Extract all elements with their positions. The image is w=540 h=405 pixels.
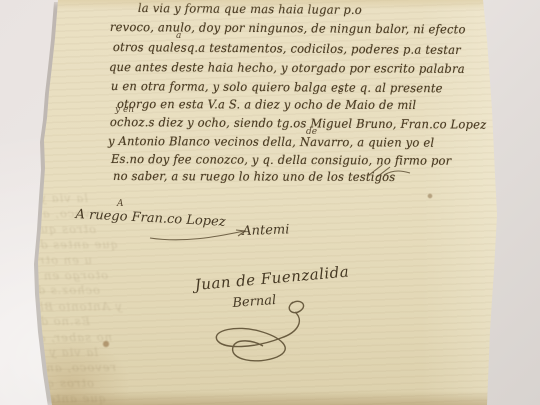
manuscript-page: la via y forma que mas haia lugar p.orev… bbox=[0, 0, 540, 405]
photo-backdrop: la via y forma que mas haia lugar p.orev… bbox=[0, 0, 540, 405]
deckle-edge bbox=[0, 0, 540, 405]
